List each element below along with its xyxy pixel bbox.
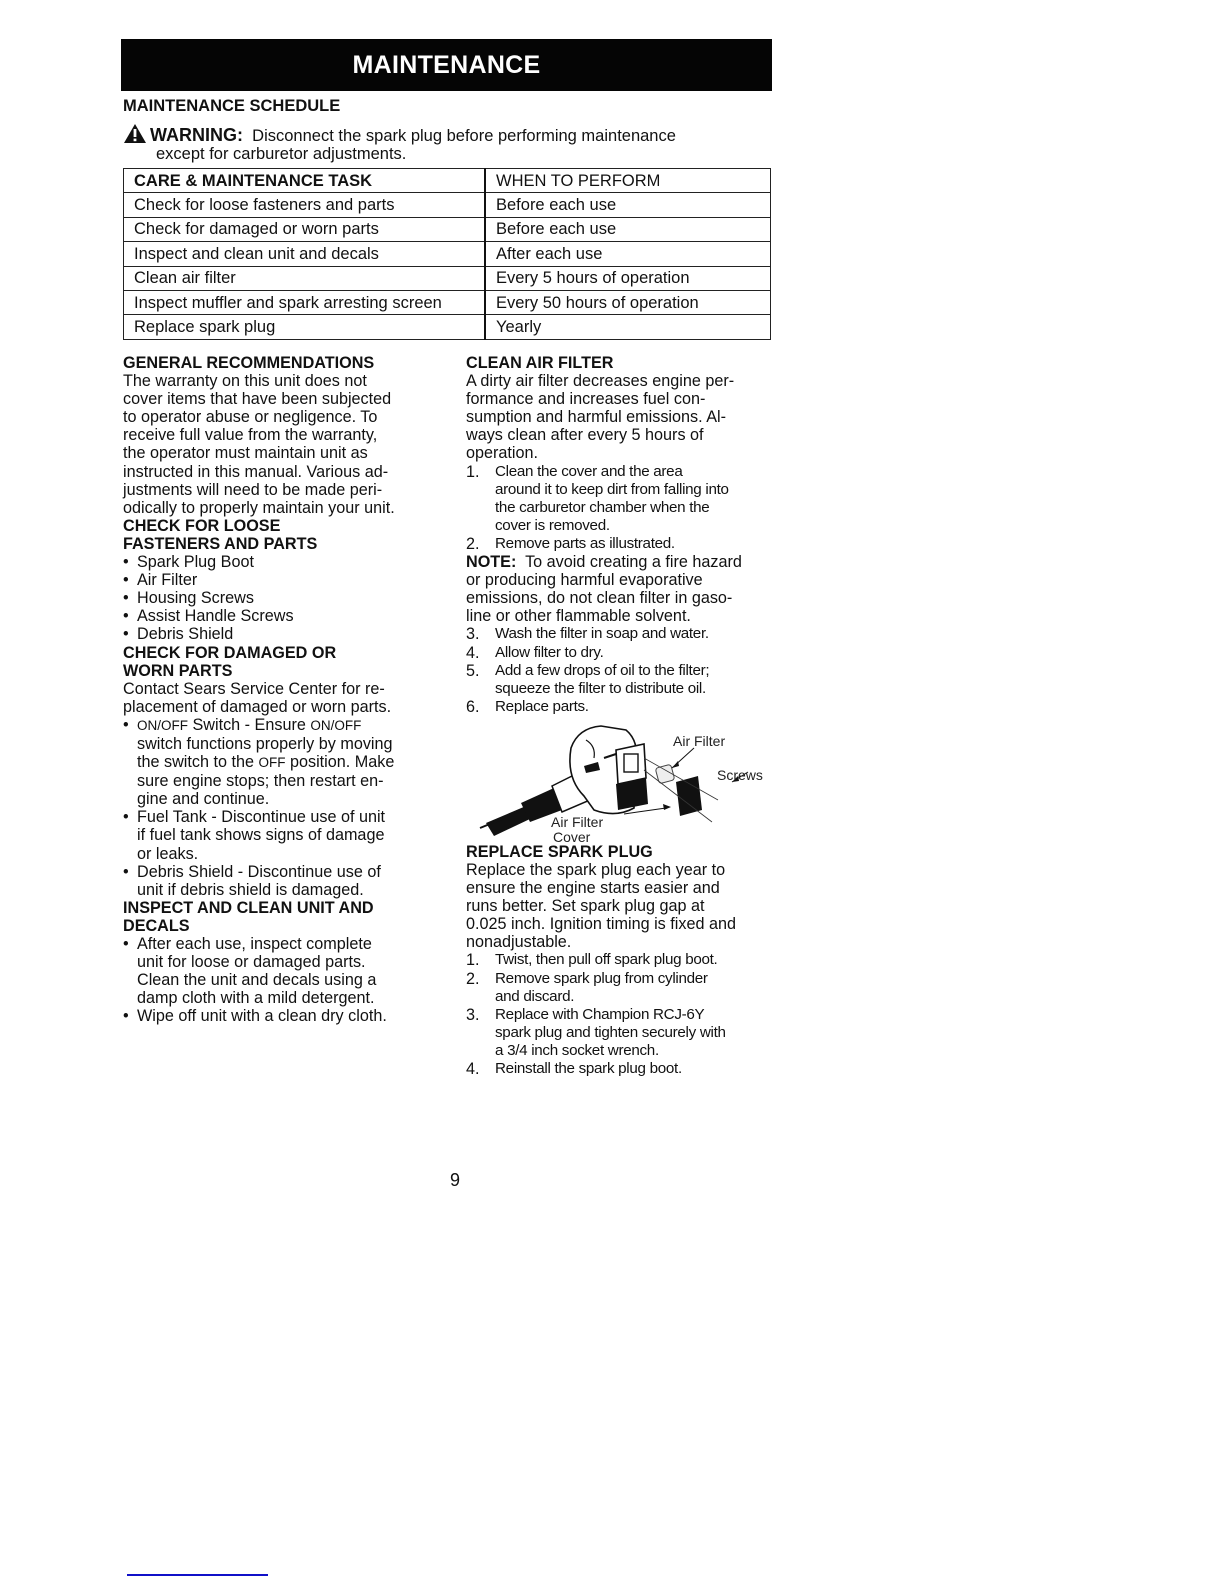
general-recommendations-text: The warranty on this unit does not cover… — [123, 372, 443, 517]
step-number: 2. — [466, 535, 495, 553]
note: NOTE: To avoid creating a fire hazardor … — [466, 553, 781, 625]
when-cell: Before each use — [485, 193, 771, 217]
list-item: Assist Handle Screws — [123, 607, 443, 625]
text-span: sure engine stops; then restart en- — [137, 772, 384, 790]
step-item: 4. Allow filter to dry. — [466, 644, 781, 662]
text-span: Fuel Tank - Discontinue use of unit — [137, 808, 385, 826]
text-span: After each use, inspect complete — [137, 935, 372, 953]
list-item: Debris Shield — [123, 625, 443, 643]
when-cell: Every 5 hours of operation — [485, 266, 771, 290]
list-item: Wipe off unit with a clean dry cloth. — [123, 1007, 443, 1025]
table-row: Check for damaged or worn parts Before e… — [124, 217, 771, 241]
maintenance-schedule-heading: MAINTENANCE SCHEDULE — [123, 97, 340, 116]
task-cell: Check for damaged or worn parts — [124, 217, 486, 241]
step-text: Remove parts as illustrated. — [495, 535, 781, 553]
air-filter-illustration: Air Filter Screws Air Filter Cover — [466, 718, 776, 843]
warning-triangle-icon — [124, 124, 146, 143]
text-span: unit if debris shield is damaged. — [137, 881, 364, 899]
heading-line: INSPECT AND CLEAN UNIT AND — [123, 899, 443, 917]
text-line: Contact Sears Service Center for re- — [123, 680, 443, 698]
step-number: 4. — [466, 644, 495, 662]
text-line: odically to properly maintain your unit. — [123, 499, 443, 517]
page-number: 9 — [450, 1170, 460, 1191]
text-span: switch functions properly by moving — [137, 735, 393, 753]
text-line: nonadjustable. — [466, 933, 781, 951]
text-span: line or other flammable solvent. — [466, 607, 691, 625]
table-row: Replace spark plug Yearly — [124, 315, 771, 339]
text-line: to operator abuse or negligence. To — [123, 408, 443, 426]
heading-line: CHECK FOR LOOSE — [123, 517, 443, 535]
step-text: Twist, then pull off spark plug boot. — [495, 951, 781, 969]
step-text: Allow filter to dry. — [495, 644, 781, 662]
text-span: a 3/4 inch socket wrench. — [495, 1042, 659, 1059]
text-line: ensure the engine starts easier and — [466, 879, 781, 897]
text-span: the switch to the — [137, 753, 258, 771]
text-line: ways clean after every 5 hours of — [466, 426, 781, 444]
text-span: Replace with Champion RCJ-6Y — [495, 1006, 704, 1023]
replace-spark-plug-heading: REPLACE SPARK PLUG — [466, 843, 781, 861]
section-title: MAINTENANCE — [352, 51, 540, 80]
when-cell: Yearly — [485, 315, 771, 339]
warning-text-2: except for carburetor adjustments. — [124, 145, 774, 163]
step-text: Clean the cover and the areaaround it to… — [495, 463, 781, 535]
text-span: around it to keep dirt from falling into — [495, 481, 729, 498]
step-item: 3. Replace with Champion RCJ-6Yspark plu… — [466, 1006, 781, 1060]
label-line: Cover — [551, 830, 603, 845]
text-line: justments will need to be made peri- — [123, 481, 443, 499]
warning-label: WARNING: — [150, 125, 243, 145]
step-number: 2. — [466, 970, 495, 1006]
when-cell: Before each use — [485, 217, 771, 241]
table-header-row: CARE & MAINTENANCE TASK WHEN TO PERFORM — [124, 169, 771, 193]
step-item: 3. Wash the filter in soap and water. — [466, 625, 781, 643]
step-number: 4. — [466, 1060, 495, 1078]
small-caps-text: ON/OFF — [310, 718, 361, 733]
text-span: Remove spark plug from cylinder — [495, 970, 708, 987]
list-item: Spark Plug Boot — [123, 553, 443, 571]
list-item-switch: ON/OFF Switch - Ensure ON/OFFswitch func… — [123, 716, 443, 808]
warning-notice: WARNING: Disconnect the spark plug befor… — [124, 124, 774, 163]
loose-fasteners-heading: CHECK FOR LOOSE FASTENERS AND PARTS — [123, 517, 443, 553]
task-cell: Replace spark plug — [124, 315, 486, 339]
text-line: sumption and harmful emissions. Al- — [466, 408, 781, 426]
text-span: unit for loose or damaged parts. — [137, 953, 366, 971]
right-column: CLEAN AIR FILTER A dirty air filter decr… — [466, 354, 781, 1078]
table-row: Check for loose fasteners and parts Befo… — [124, 193, 771, 217]
text-span: and discard. — [495, 988, 574, 1005]
task-cell: Check for loose fasteners and parts — [124, 193, 486, 217]
text-span: To avoid creating a fire hazard — [525, 553, 742, 571]
label-line: Air Filter — [551, 815, 603, 830]
small-caps-text: ON/OFF — [137, 718, 188, 733]
task-cell: Inspect muffler and spark arresting scre… — [124, 290, 486, 314]
when-cell: Every 50 hours of operation — [485, 290, 771, 314]
text-span: Clean the unit and decals using a — [137, 971, 376, 989]
step-item: 4. Reinstall the spark plug boot. — [466, 1060, 781, 1078]
text-span: Switch - Ensure — [188, 716, 310, 734]
loose-fasteners-list: Spark Plug Boot Air Filter Housing Screw… — [123, 553, 443, 643]
text-span: cover is removed. — [495, 517, 610, 534]
step-item: 2. Remove parts as illustrated. — [466, 535, 781, 553]
maintenance-schedule-table: CARE & MAINTENANCE TASK WHEN TO PERFORM … — [123, 168, 771, 340]
step-number: 5. — [466, 662, 495, 698]
text-span: Clean the cover and the area — [495, 463, 682, 480]
step-number: 6. — [466, 698, 495, 716]
text-line: A dirty air filter decreases engine per- — [466, 372, 781, 390]
warning-text-1: Disconnect the spark plug before perform… — [252, 127, 676, 145]
task-cell: Clean air filter — [124, 266, 486, 290]
step-item: 6. Replace parts. — [466, 698, 781, 716]
text-line: The warranty on this unit does not — [123, 372, 443, 390]
text-span: if fuel tank shows signs of damage — [137, 826, 384, 844]
step-text: Add a few drops of oil to the filter;squ… — [495, 662, 781, 698]
step-item: 2. Remove spark plug from cylinderand di… — [466, 970, 781, 1006]
list-item: Air Filter — [123, 571, 443, 589]
text-line: formance and increases fuel con- — [466, 390, 781, 408]
text-span: spark plug and tighten securely with — [495, 1024, 726, 1041]
text-span: gine and continue. — [137, 790, 269, 808]
table-row: Inspect and clean unit and decals After … — [124, 242, 771, 266]
step-number: 3. — [466, 1006, 495, 1060]
text-line: receive full value from the warranty, — [123, 426, 443, 444]
list-item-fuel-tank: Fuel Tank - Discontinue use of unitif fu… — [123, 808, 443, 862]
label-air-filter: Air Filter — [673, 734, 725, 749]
heading-line: DECALS — [123, 917, 443, 935]
table-row: Clean air filter Every 5 hours of operat… — [124, 266, 771, 290]
list-item: After each use, inspect completeunit for… — [123, 935, 443, 1007]
column-header-task: CARE & MAINTENANCE TASK — [124, 169, 486, 193]
footer-rule — [127, 1574, 268, 1576]
text-line: Replace the spark plug each year to — [466, 861, 781, 879]
table-row: Inspect muffler and spark arresting scre… — [124, 290, 771, 314]
text-line: cover items that have been subjected — [123, 390, 443, 408]
text-span: Add a few drops of oil to the filter; — [495, 662, 709, 679]
step-text: Replace with Champion RCJ-6Yspark plug a… — [495, 1006, 781, 1060]
step-item: 1. Clean the cover and the areaaround it… — [466, 463, 781, 535]
clean-air-filter-heading: CLEAN AIR FILTER — [466, 354, 781, 372]
label-air-filter-cover: Air Filter Cover — [551, 815, 603, 845]
step-number: 1. — [466, 463, 495, 535]
text-line: 0.025 inch. Ignition timing is fixed and — [466, 915, 781, 933]
text-line: runs better. Set spark plug gap at — [466, 897, 781, 915]
text-span: the carburetor chamber when the — [495, 499, 709, 516]
step-text: Reinstall the spark plug boot. — [495, 1060, 781, 1078]
note-label: NOTE: — [466, 553, 516, 571]
step-text: Remove spark plug from cylinderand disca… — [495, 970, 781, 1006]
step-item: 1. Twist, then pull off spark plug boot. — [466, 951, 781, 969]
damaged-parts-heading: CHECK FOR DAMAGED OR WORN PARTS — [123, 644, 443, 680]
text-span: squeeze the filter to distribute oil. — [495, 680, 706, 697]
list-item-debris-shield: Debris Shield - Discontinue use ofunit i… — [123, 863, 443, 899]
inspect-clean-heading: INSPECT AND CLEAN UNIT AND DECALS — [123, 899, 443, 935]
step-text: Wash the filter in soap and water. — [495, 625, 781, 643]
general-recommendations-heading: GENERAL RECOMMENDATIONS — [123, 354, 443, 372]
text-line: the operator must maintain unit as — [123, 444, 443, 462]
heading-line: WORN PARTS — [123, 662, 443, 680]
text-span: damp cloth with a mild detergent. — [137, 989, 375, 1007]
column-header-when: WHEN TO PERFORM — [485, 169, 771, 193]
text-span: or producing harmful evaporative — [466, 571, 703, 589]
list-item: Housing Screws — [123, 589, 443, 607]
text-line: operation. — [466, 444, 781, 462]
task-cell: Inspect and clean unit and decals — [124, 242, 486, 266]
small-caps-text: OFF — [258, 755, 285, 770]
when-cell: After each use — [485, 242, 771, 266]
text-line: placement of damaged or worn parts. — [123, 698, 443, 716]
heading-line: FASTENERS AND PARTS — [123, 535, 443, 553]
text-span: emissions, do not clean filter in gaso- — [466, 589, 732, 607]
step-item: 5. Add a few drops of oil to the filter;… — [466, 662, 781, 698]
left-column: GENERAL RECOMMENDATIONS The warranty on … — [123, 354, 443, 1025]
section-banner: MAINTENANCE — [121, 39, 772, 91]
step-number: 1. — [466, 951, 495, 969]
text-line: instructed in this manual. Various ad- — [123, 463, 443, 481]
text-span: Debris Shield - Discontinue use of — [137, 863, 381, 881]
text-span: or leaks. — [137, 845, 198, 863]
step-number: 3. — [466, 625, 495, 643]
label-screws: Screws — [717, 768, 763, 783]
text-span: position. Make — [285, 753, 394, 771]
step-text: Replace parts. — [495, 698, 781, 716]
heading-line: CHECK FOR DAMAGED OR — [123, 644, 443, 662]
